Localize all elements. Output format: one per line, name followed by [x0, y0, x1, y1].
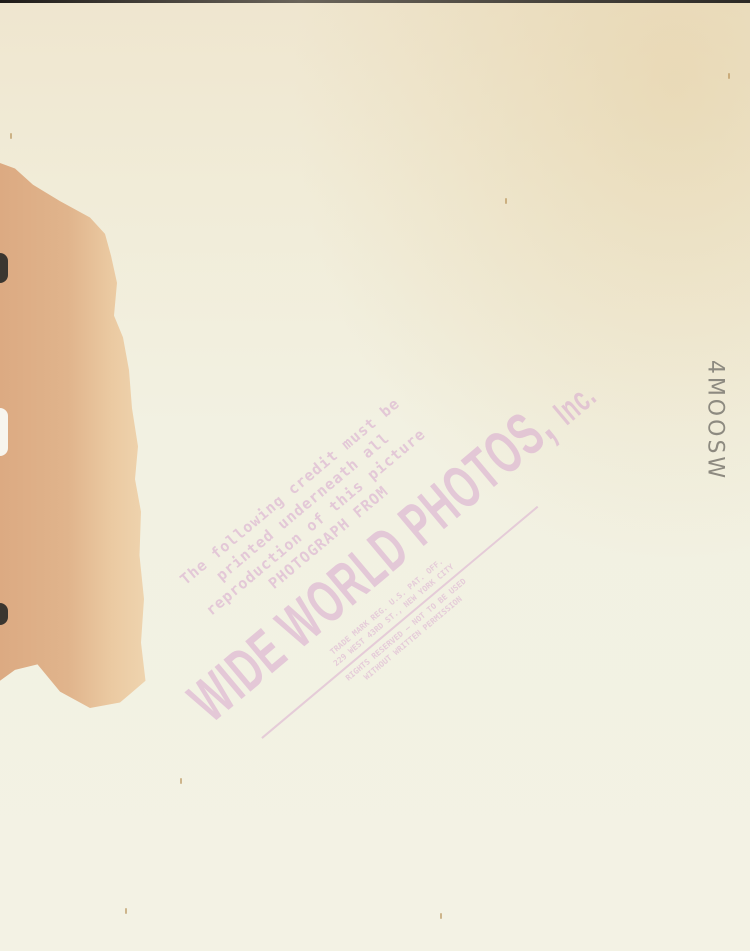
top-edge-shadow	[0, 0, 750, 3]
tape-residue-stain	[0, 163, 150, 708]
speck	[180, 778, 182, 784]
speck	[505, 198, 507, 204]
credit-stamp: The following credit must be printed und…	[185, 393, 515, 733]
speck	[728, 73, 730, 79]
brand-suffix: Inc.	[546, 375, 604, 433]
edge-tear	[0, 253, 8, 283]
speck	[10, 133, 12, 139]
speck	[440, 913, 442, 919]
speck	[125, 908, 127, 914]
edge-notch	[0, 408, 8, 456]
handwritten-note: 4MOOSW	[703, 356, 728, 486]
photo-back-paper: The following credit must be printed und…	[0, 3, 750, 951]
